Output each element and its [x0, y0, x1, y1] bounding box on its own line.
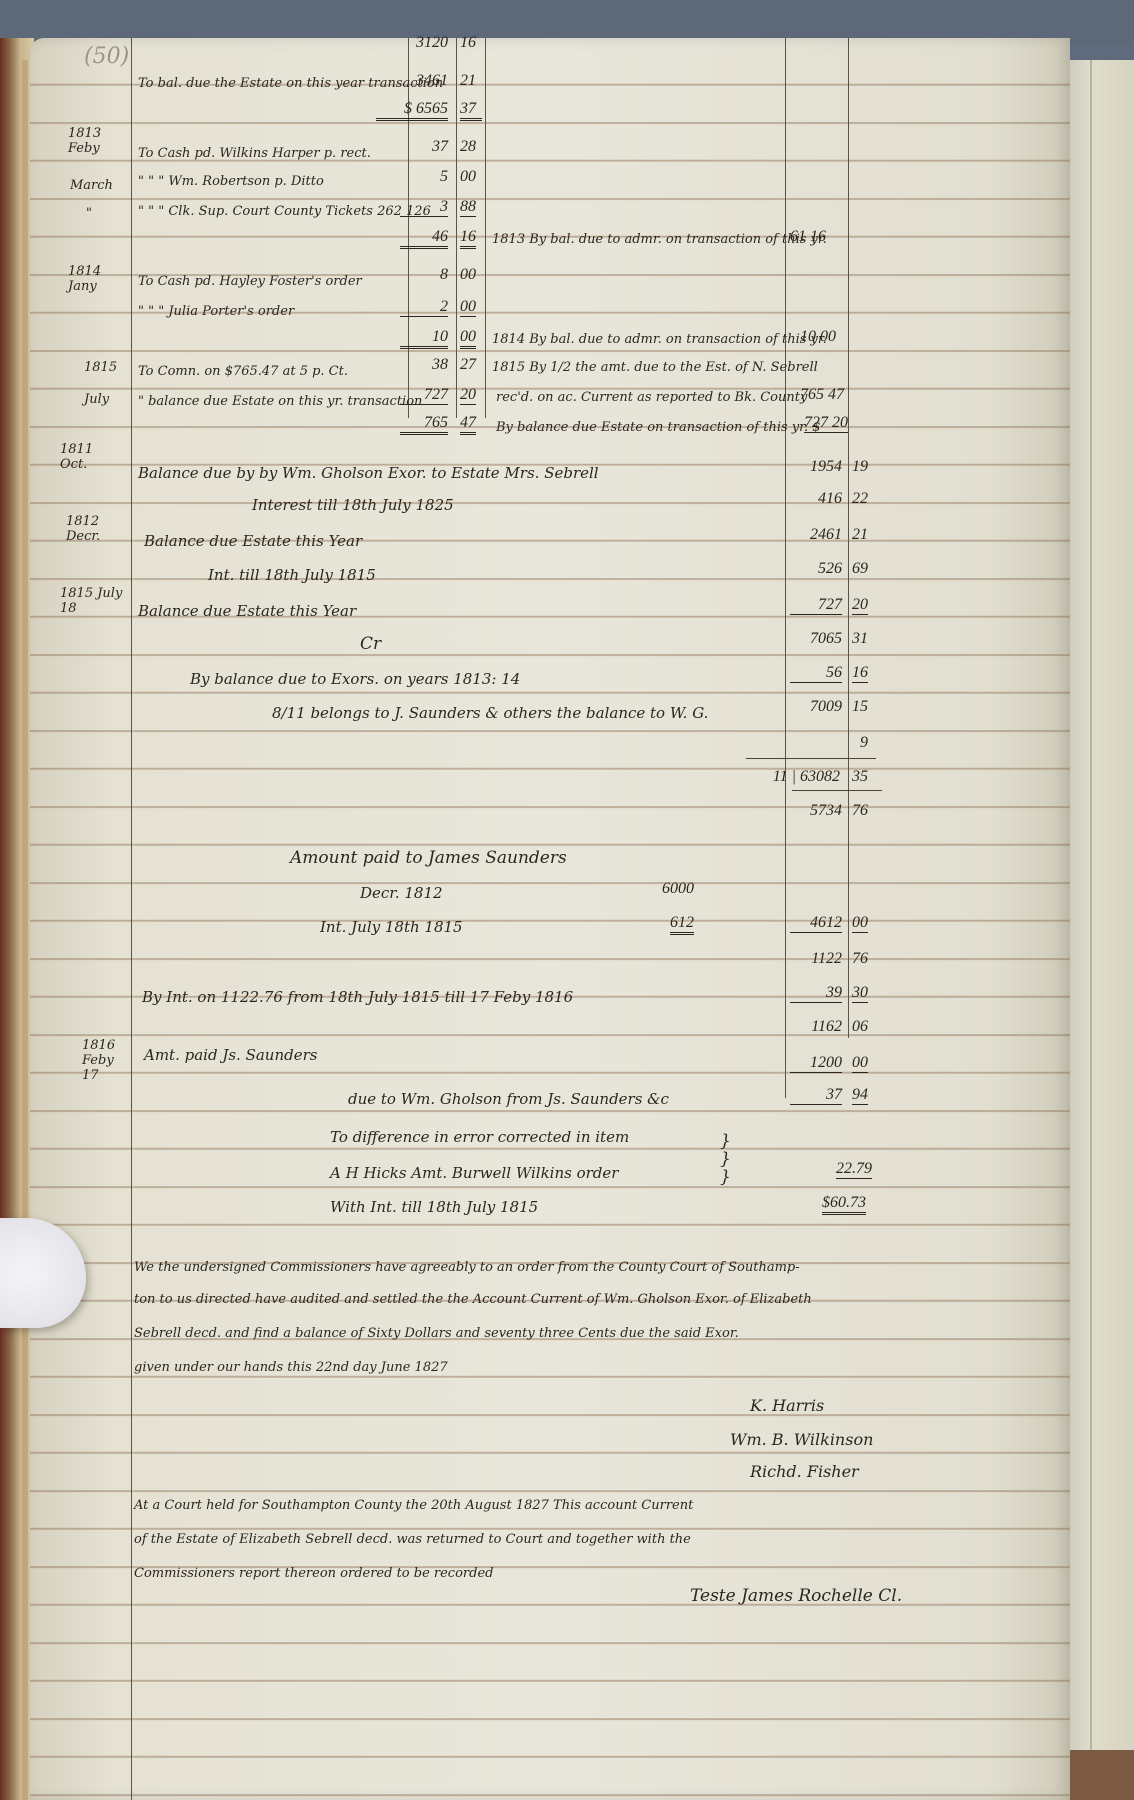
total-cents: 16	[460, 228, 476, 249]
amount-cents: 31	[852, 630, 868, 648]
amount-dollars: 3461	[400, 72, 448, 90]
credit-text: 1814 By bal. due to admr. on transaction…	[492, 332, 827, 347]
facing-page-edge	[1062, 60, 1134, 1800]
entry-date: 1813 Feby	[68, 126, 128, 156]
total-dollars: 10	[400, 328, 448, 349]
amount-cents: 20	[460, 386, 476, 405]
amount-dollars: 56	[790, 664, 842, 683]
signature-wilkinson: Wm. B. Wilkinson	[730, 1430, 873, 1449]
ledger-page: (50) 3120 16 To bal. due the Estate on t…	[30, 38, 1070, 1800]
entry-date: 1815 July 18	[60, 586, 130, 616]
total-cents: 00	[460, 328, 476, 349]
entry-text: Balance due Estate this Year	[144, 532, 362, 550]
entry-text: " " " Julia Porter's order	[138, 304, 294, 319]
credit-text: 1815 By 1/2 the amt. due to the Est. of …	[492, 360, 818, 375]
amount-dollars: 727	[790, 596, 842, 615]
report-line: given under our hands this 22nd day June…	[134, 1360, 448, 1375]
amount-dollars: 2	[400, 298, 448, 317]
adjustment-amount: $60.73	[822, 1194, 866, 1215]
cents-col-end-rule-top	[485, 38, 486, 418]
amount-dollars: 7065	[790, 630, 842, 648]
report-line: Sebrell decd. and find a balance of Sixt…	[134, 1326, 739, 1341]
payments-heading: Amount paid to James Saunders	[290, 848, 567, 868]
cents-col-rule-top	[456, 38, 457, 418]
amount-dollars: 8	[400, 266, 448, 284]
amount-cents: 94	[852, 1086, 868, 1105]
total-dollars: 46	[400, 228, 448, 249]
credit-text: By balance due Estate on transaction of …	[496, 420, 821, 435]
amount-dollars: 37	[790, 1086, 842, 1105]
amount-cents: 16	[460, 34, 476, 52]
court-note-line: Commissioners report thereon ordered to …	[134, 1566, 493, 1581]
credit-marker: Cr	[360, 634, 381, 654]
amount-dollars: 727	[400, 386, 448, 405]
entry-text: Int. till 18th July 1815	[208, 566, 376, 584]
payment-subamount: 612	[670, 914, 694, 935]
amount-cents: 00	[852, 914, 868, 933]
payment-text: Int. July 18th 1815	[320, 918, 463, 936]
adjustment-text: With Int. till 18th July 1815	[330, 1198, 538, 1216]
entry-text: To Cash pd. Wilkins Harper p. rect.	[138, 146, 371, 161]
signature-harris: K. Harris	[750, 1396, 824, 1415]
credit-text: rec'd. on ac. Current as reported to Bk.…	[496, 390, 807, 405]
entry-text: " " " Clk. Sup. Court County Tickets 262…	[138, 204, 431, 219]
entry-text: By balance due to Exors. on years 1813: …	[190, 670, 520, 688]
amount-dollars: 7009	[790, 698, 842, 716]
page-number: (50)	[84, 44, 129, 69]
amount-cents: 21	[460, 72, 476, 90]
division-dollars: 11 | 63082	[740, 768, 840, 786]
entry-date: 1811 Oct.	[60, 442, 120, 472]
entry-text: Balance due by by Wm. Gholson Exor. to E…	[138, 464, 599, 482]
amount-cents: 27	[460, 356, 476, 374]
total-dollars: 765	[400, 414, 448, 435]
credit-amount: 727 20	[804, 414, 848, 433]
court-note-line: of the Estate of Elizabeth Sebrell decd.…	[134, 1532, 691, 1547]
binding-edge	[22, 60, 28, 1800]
amount-dollars: 5734	[790, 802, 842, 820]
adjustment-text: To difference in error corrected in item	[330, 1128, 629, 1146]
amount-cents: 19	[852, 458, 868, 476]
amount-cents: 00	[460, 266, 476, 284]
amount-cents: 00	[852, 1054, 868, 1073]
amount-cents: 16	[852, 664, 868, 683]
entry-text: To bal. due the Estate on this year tran…	[138, 76, 443, 91]
total-dollars: $ 6565	[376, 100, 448, 121]
sum-rule	[746, 758, 876, 759]
entry-text: 8/11 belongs to J. Saunders & others the…	[272, 704, 708, 722]
signature-fisher: Richd. Fisher	[750, 1462, 859, 1481]
amount-dollars: 5	[400, 168, 448, 186]
margin-rule	[131, 38, 132, 1800]
report-line: ton to us directed have audited and sett…	[134, 1292, 812, 1307]
amount-dollars: 39	[790, 984, 842, 1003]
total-cents: 37	[460, 100, 482, 121]
brace: }}}	[720, 1132, 730, 1186]
amount-dollars: 416	[790, 490, 842, 508]
division-cents: 35	[852, 768, 868, 786]
table-surface	[1070, 1750, 1134, 1800]
entry-text: " " " Wm. Robertson p. Ditto	[138, 174, 324, 189]
amount-cents: 76	[852, 802, 868, 820]
clerk-attestation: Teste James Rochelle Cl.	[690, 1586, 902, 1606]
credit-amount: 765 47	[800, 386, 844, 404]
amount-cents: 30	[852, 984, 868, 1003]
interest-text: By Int. on 1122.76 from 18th July 1815 t…	[142, 988, 573, 1006]
entry-text: Balance due Estate this Year	[138, 602, 356, 620]
payment-subamount: 6000	[662, 880, 694, 898]
entry-date: 1814 Jany	[68, 264, 128, 294]
amount-dollars: 3	[400, 198, 448, 217]
payment-text: Decr. 1812	[360, 884, 443, 902]
total-cents: 47	[460, 414, 476, 435]
amount-dollars: 1200	[790, 1054, 842, 1073]
entry-date: July	[84, 392, 109, 407]
amount-cents: 69	[852, 560, 868, 578]
credit-amount: 10 00	[800, 328, 836, 346]
amount-cents: 06	[852, 1018, 868, 1036]
entry-text: " balance due Estate on this yr. transac…	[138, 394, 422, 409]
amount-cents: 00	[460, 168, 476, 186]
amount-cents: 22	[852, 490, 868, 508]
amount-dollars: 3120	[408, 34, 448, 52]
division-rule	[792, 790, 882, 791]
adjustment-amount: 22.79	[836, 1160, 872, 1179]
amount-cents: 21	[852, 526, 868, 544]
amount-dollars: 1162	[790, 1018, 842, 1036]
entry-date: 1812 Decr.	[66, 514, 126, 544]
credit-amount: 61 16	[790, 228, 826, 246]
amount-cents: 20	[852, 596, 868, 615]
book-binding	[0, 38, 34, 1800]
entry-text: To Comn. on $765.47 at 5 p. Ct.	[138, 364, 348, 379]
adjustment-text: A H Hicks Amt. Burwell Wilkins order	[330, 1164, 618, 1182]
entry-date: "	[86, 206, 92, 221]
amount-cents: 9	[860, 734, 868, 752]
amount-dollars: 38	[400, 356, 448, 374]
credit-text: 1813 By bal. due to admr. on transaction…	[492, 232, 827, 247]
amount-dollars: 1122	[790, 950, 842, 968]
payment-text: Amt. paid Js. Saunders	[144, 1046, 317, 1064]
amount-dollars: 526	[790, 560, 842, 578]
amount-dollars: 2461	[790, 526, 842, 544]
amount-dollars: 37	[400, 138, 448, 156]
facing-page-line	[1090, 60, 1092, 1800]
cents-col-rule-right	[848, 38, 849, 1038]
amount-dollars: 4612	[790, 914, 842, 933]
amount-cents: 28	[460, 138, 476, 156]
court-note-line: At a Court held for Southampton County t…	[134, 1498, 693, 1513]
dollar-col-rule-right	[785, 38, 786, 1098]
amount-dollars: 1954	[790, 458, 842, 476]
entry-date: 1815	[84, 360, 117, 375]
entry-date: March	[70, 178, 113, 193]
amount-cents: 88	[460, 198, 476, 217]
entry-date: 1816 Feby 17	[82, 1038, 132, 1083]
report-line: We the undersigned Commissioners have ag…	[134, 1260, 800, 1275]
payment-text: due to Wm. Gholson from Js. Saunders &c	[348, 1090, 669, 1108]
amount-cents: 76	[852, 950, 868, 968]
amount-cents: 00	[460, 298, 476, 317]
entry-text: Interest till 18th July 1825	[252, 496, 454, 514]
entry-text: To Cash pd. Hayley Foster's order	[138, 274, 362, 289]
amount-cents: 15	[852, 698, 868, 716]
